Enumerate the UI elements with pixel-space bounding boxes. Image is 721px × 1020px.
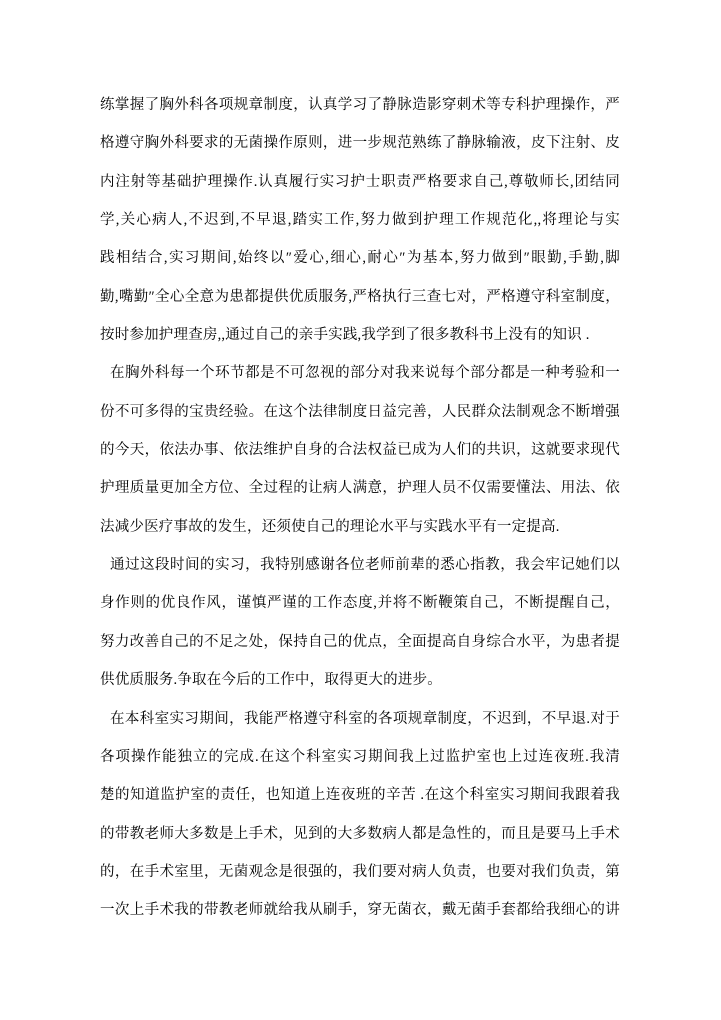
- text-line: 的今天，依法办事、依法维护自身的合法权益已成为人们的共识，这就要求现代: [100, 431, 620, 469]
- text-line: 内注射等基础护理操作.认真履行实习护士职责严格要求自己,尊敬师长,团结同: [100, 163, 620, 201]
- text-line: 努力改善自己的不足之处，保持自己的优点，全面提高自身综合水平，为患者提: [100, 623, 620, 661]
- text-line: 按时参加护理查房,,通过自己的亲手实践,我学到了很多教科书上没有的知识 .: [100, 316, 620, 354]
- text-line: 各项操作能独立的完成.在这个科室实习期间我上过监护室也上过连夜班.我清: [100, 738, 620, 776]
- text-line: 格遵守胸外科要求的无菌操作原则，进一步规范熟练了静脉输液，皮下注射、皮: [100, 124, 620, 162]
- text-line: 的带教老师大多数是上手术，见到的大多数病人都是急性的，而且是要马上手术: [100, 815, 620, 853]
- text-line: 护理质量更加全方位、全过程的让病人满意，护理人员不仅需要懂法、用法、依: [100, 469, 620, 507]
- text-line: 供优质服务.争取在今后的工作中，取得更大的进步。: [100, 661, 620, 699]
- document-text: 练掌握了胸外科各项规章制度，认真学习了静脉造影穿刺术等专科护理操作，严 格遵守胸…: [100, 86, 620, 930]
- text-line: 在胸外科每一个环节都是不可忽视的部分对我来说每个部分都是一种考验和一: [100, 354, 620, 392]
- text-line: 楚的知道监护室的责任，也知道上连夜班的辛苦 .在这个科室实习期间我跟着我: [100, 776, 620, 814]
- text-line: 份不可多得的宝贵经验。在这个法律制度日益完善，人民群众法制观念不断增强: [100, 393, 620, 431]
- text-line: 在本科室实习期间，我能严格遵守科室的各项规章制度，不迟到，不早退.对于: [100, 700, 620, 738]
- text-line: 学,关心病人,不迟到,不早退,踏实工作,努力做到护理工作规范化,,将理论与实: [100, 201, 620, 239]
- text-line: 身作则的优良作风，谨慎严谨的工作态度,并将不断鞭策自己，不断提醒自己，: [100, 584, 620, 622]
- text-line: 练掌握了胸外科各项规章制度，认真学习了静脉造影穿刺术等专科护理操作，严: [100, 86, 620, 124]
- document-page: 练掌握了胸外科各项规章制度，认真学习了静脉造影穿刺术等专科护理操作，严 格遵守胸…: [0, 0, 721, 1020]
- text-line: 勤,嘴勤″全心全意为患都提供优质服务,严格执行三查七对，严格遵守科室制度，: [100, 278, 620, 316]
- text-line: 法减少医疗事故的发生，还须使自己的理论水平与实践水平有一定提高.: [100, 508, 620, 546]
- text-line: 一次上手术我的带教老师就给我从刷手，穿无菌衣，戴无菌手套都给我细心的讲: [100, 891, 620, 929]
- text-line: 的，在手术室里，无菌观念是很强的，我们要对病人负责，也要对我们负责，第: [100, 853, 620, 891]
- text-line: 践相结合,实习期间,始终以″爱心,细心,耐心″为基本,努力做到″眼勤,手勤,脚: [100, 239, 620, 277]
- text-line: 通过这段时间的实习，我特别感谢各位老师前辈的悉心指教，我会牢记她们以: [100, 546, 620, 584]
